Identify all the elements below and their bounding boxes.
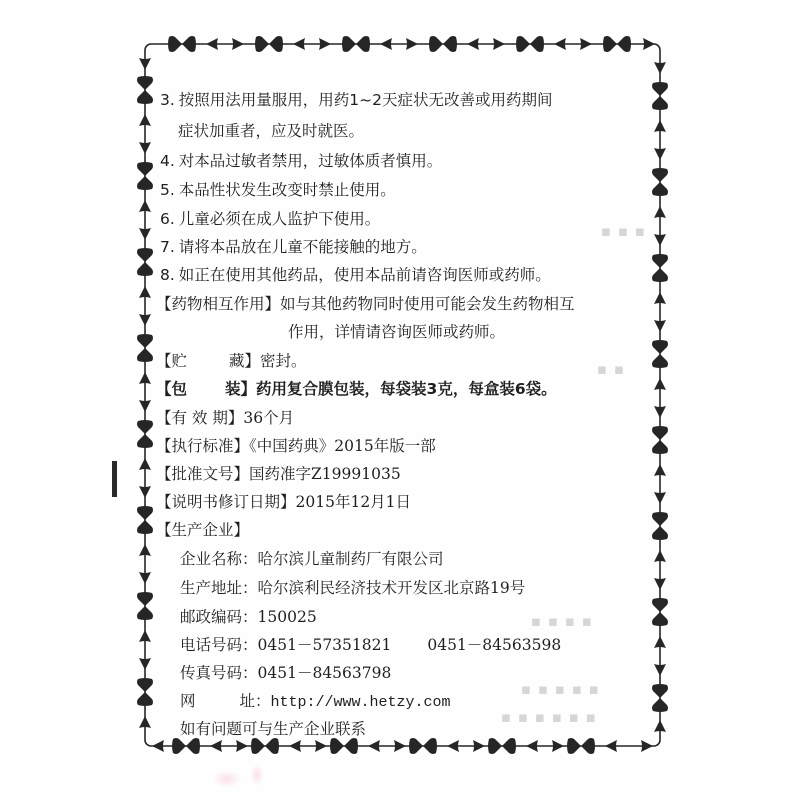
website-link: http://www.hetzy.com [271,694,451,711]
note-text: 如正在使用其他药品，使用本品前请咨询医师或药师。 [179,266,551,284]
bleed-through-text: ▪ ▪ [596,360,624,378]
field-value: 0451－84563598 [427,636,561,654]
note-number: 5. [160,181,175,199]
bleed-through-text: ▪ ▪ ▪ ▪ ▪ [520,680,599,698]
manufacturer-name-row: 企业名称：哈尔滨儿童制药厂有限公司 [180,549,444,569]
note-text: 按照用法用量服用，用药1~2天症状无改善或用药期间 [179,91,553,109]
section-label: 【贮 [156,352,187,370]
note-text: 本品性状发生改变时禁止使用。 [179,181,396,199]
note-item-4: 4.对本品过敏者禁用，过敏体质者慎用。 [160,151,442,171]
section-label: 【执行标准】 [156,437,249,455]
decorative-border [0,0,800,800]
field-value: 150025 [258,608,317,626]
note-number: 7. [160,238,175,256]
field-value: 哈尔滨儿童制药厂有限公司 [258,550,444,568]
section-text: 作用，详情请咨询医师或药师。 [288,323,505,341]
field-label: 网 [180,692,196,710]
contact-note: 如有问题可与生产企业联系 [180,719,366,739]
contact-note-text: 如有问题可与生产企业联系 [180,720,366,738]
field-label: 传真号码： [180,664,258,682]
field-label: 企业名称： [180,550,258,568]
section-manufacturer: 【生产企业】 [156,520,249,540]
section-label: 【包 [156,380,187,398]
section-storage: 【贮藏】密封。 [156,351,307,371]
section-text: 《中国药典》2015年版一部 [249,437,436,455]
section-label: 【生产企业】 [156,521,249,539]
manufacturer-fax-row: 传真号码：0451－84563798 [180,663,391,683]
note-item-8: 8.如正在使用其他药品，使用本品前请咨询医师或药师。 [160,265,551,285]
section-shelf-life: 【有 效 期】36个月 [156,408,294,428]
section-approval-number: 【批准文号】国药准字Z19991035 [156,464,401,484]
section-label: 【药物相互作用】 [156,295,280,313]
manufacturer-website-row: 网址：http://www.hetzy.com [180,691,451,713]
field-label: 邮政编码： [180,608,258,626]
note-number: 6. [160,210,175,228]
note-text: 请将本品放在儿童不能接触的地方。 [179,238,427,256]
section-packaging: 【包装】药用复合膜包装，每袋装3克，每盒装6袋。 [156,379,557,399]
manufacturer-address-row: 生产地址：哈尔滨利民经济技术开发区北京路19号 [180,578,525,598]
note-item-5: 5.本品性状发生改变时禁止使用。 [160,180,396,200]
field-value: 0451－84563798 [258,664,392,682]
field-label: 电话号码： [180,636,258,654]
section-label: 【有 效 期】 [156,409,243,427]
section-text: 2015年12月1日 [296,493,412,511]
section-standard: 【执行标准】《中国药典》2015年版一部 [156,436,436,456]
field-label: 生产地址： [180,579,258,597]
manufacturer-postcode-row: 邮政编码：150025 [180,607,317,627]
note-number: 4. [160,152,175,170]
section-label: 【说明书修订日期】 [156,493,296,511]
section-text: 36个月 [243,409,294,427]
margin-mark [112,461,117,497]
note-text: 儿童必须在成人监护下使用。 [179,210,381,228]
field-value: 哈尔滨利民经济技术开发区北京路19号 [258,579,526,597]
note-number: 8. [160,266,175,284]
note-item-6: 6.儿童必须在成人监护下使用。 [160,209,380,229]
section-label: 装】 [225,380,256,398]
note-item-3: 3.按照用法用量服用，用药1~2天症状无改善或用药期间 [160,90,553,110]
ink-smudge [212,770,242,788]
note-item-3-continuation: 症状加重者，应及时就医。 [178,121,364,141]
section-text: 国药准字Z19991035 [249,465,401,483]
manufacturer-phone-row: 电话号码：0451－573518210451－84563598 [180,635,561,655]
field-label: 址： [240,692,271,710]
section-label: 【批准文号】 [156,465,249,483]
section-text: 药用复合膜包装，每袋装3克，每盒装6袋。 [256,380,557,398]
section-text: 密封。 [260,352,307,370]
bleed-through-text: ▪ ▪ ▪ ▪ [530,612,592,630]
section-text: 如与其他药物同时使用可能会发生药物相互 [280,295,575,313]
bleed-through-text: ▪ ▪ ▪ [600,222,645,240]
note-item-7: 7.请将本品放在儿童不能接触的地方。 [160,237,427,257]
note-text: 症状加重者，应及时就医。 [178,122,364,140]
section-interactions-continuation: 作用，详情请咨询医师或药师。 [288,322,505,342]
bleed-through-text: ▪ ▪ ▪ ▪ ▪ ▪ [500,708,596,726]
section-interactions: 【药物相互作用】如与其他药物同时使用可能会发生药物相互 [156,294,575,314]
note-number: 3. [160,91,175,109]
note-text: 对本品过敏者禁用，过敏体质者慎用。 [179,152,443,170]
leaflet-sheet: ▪ ▪ ▪ ▪ ▪ ▪ ▪ ▪ ▪ ▪ ▪ ▪ ▪ ▪ ▪ ▪ ▪ ▪ ▪ ▪ … [0,0,800,800]
field-value: 0451－57351821 [258,636,392,654]
ink-smudge [250,764,264,786]
section-label: 藏】 [229,352,260,370]
section-revision-date: 【说明书修订日期】2015年12月1日 [156,492,411,512]
